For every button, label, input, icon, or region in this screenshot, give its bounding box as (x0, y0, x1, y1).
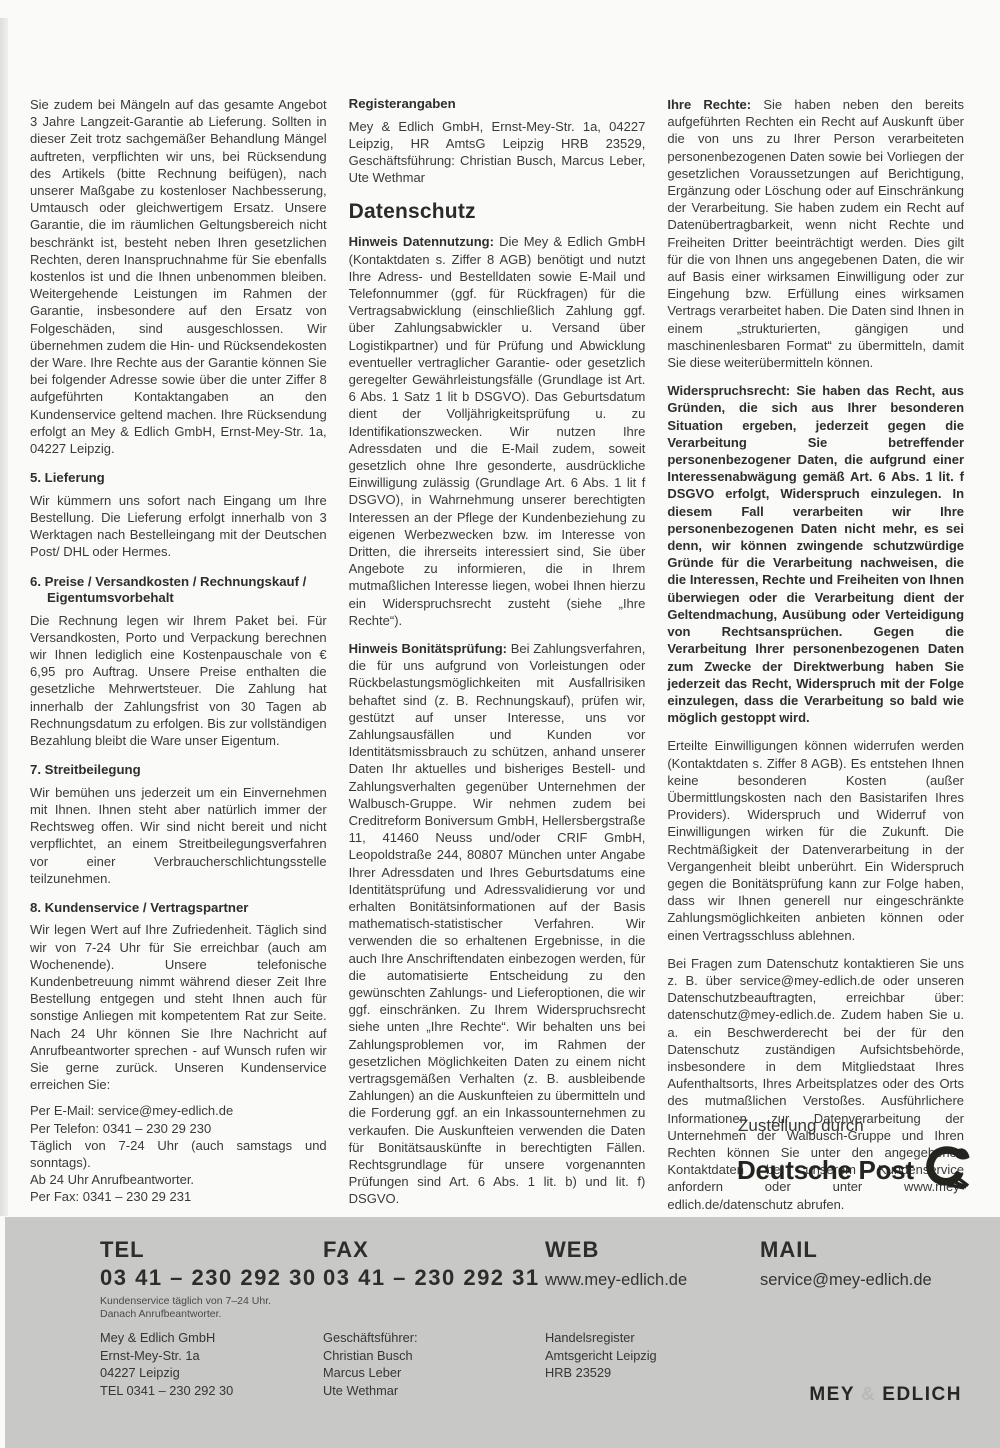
zustellung-block: Zustellung durch Deutsche Post (737, 1116, 977, 1195)
section-8-text: Wir legen Wert auf Ihre Zufriedenheit. T… (30, 921, 327, 1093)
posthorn-icon (924, 1146, 974, 1195)
ihre-rechte-text: Sie haben neben den bereits aufgeführten… (667, 97, 964, 370)
footer-mail-column: MAIL service@mey-edlich.de (760, 1237, 980, 1329)
widerspruchsrecht-text: Sie haben das Recht, aus Gründen, die si… (667, 383, 964, 725)
brand-ampersand: & (855, 1384, 882, 1405)
widerspruchsrecht-paragraph: Widerspruchsrecht: Sie haben das Recht, … (667, 382, 964, 726)
section-6-text: Die Rechnung legen wir Ihrem Paket bei. … (30, 612, 327, 750)
web-url: www.mey-edlich.de (545, 1263, 760, 1297)
brand-mey: MEY (809, 1384, 855, 1405)
section-7-heading: 7. Streitbeilegung (30, 762, 327, 779)
datennutzung-lead: Hinweis Datennutzung: (349, 234, 494, 249)
mail-address: service@mey-edlich.de (760, 1263, 980, 1297)
registerangaben-heading: Registerangaben (349, 96, 646, 113)
registerangaben-text: Mey & Edlich GmbH, Ernst-Mey-Str. 1a, 04… (349, 118, 646, 187)
ihre-rechte-paragraph: Ihre Rechte: Sie haben neben den bereits… (667, 96, 964, 371)
management-block: Geschäftsführer: Christian Busch Marcus … (323, 1329, 545, 1399)
section-5-heading: 5. Lieferung (30, 470, 327, 487)
datennutzung-text: Die Mey & Edlich GmbH (Kontaktdaten s. Z… (349, 234, 646, 627)
deutsche-post-wordmark: Deutsche Post (737, 1155, 914, 1186)
mail-label: MAIL (760, 1237, 980, 1263)
footer-inner: TEL 03 41 – 230 292 30 Kundenservice täg… (100, 1237, 980, 1399)
company-address-block: Mey & Edlich GmbH Ernst-Mey-Str. 1a 0422… (100, 1329, 323, 1399)
footer-contact-row: TEL 03 41 – 230 292 30 Kundenservice täg… (100, 1237, 980, 1329)
garantie-paragraph: Sie zudem bei Mängeln auf das gesamte An… (30, 96, 327, 457)
deutsche-post-logo: Deutsche Post (737, 1146, 977, 1195)
fax-label: FAX (323, 1237, 545, 1263)
kundenservice-contact-lines: Per E-Mail: service@mey-edlich.de Per Te… (30, 1102, 327, 1205)
section-5-text: Wir kümmern uns sofort nach Eingang um I… (30, 492, 327, 561)
agb-document-page: { "col1": { "garantie_text": "Sie zudem … (0, 0, 1000, 1448)
mey-edlich-logo: MEY&EDLICH (809, 1384, 962, 1406)
section-8-heading: 8. Kundenservice / Vertragspartner (30, 900, 327, 917)
ihre-rechte-lead: Ihre Rechte: (667, 97, 751, 112)
column-1: Sie zudem bei Mängeln auf das gesamte An… (30, 96, 327, 1383)
tel-number: 03 41 – 230 292 30 (100, 1263, 323, 1293)
web-label: WEB (545, 1237, 760, 1263)
datenschutz-heading: Datenschutz (349, 200, 646, 224)
column-2: Registerangaben Mey & Edlich GmbH, Ernst… (349, 96, 646, 1383)
register-block: Handelsregister Amtsgericht Leipzig HRB … (545, 1329, 760, 1399)
footer-contact-panel: TEL 03 41 – 230 292 30 Kundenservice täg… (5, 1217, 1000, 1448)
brand-edlich: EDLICH (882, 1384, 962, 1405)
footer-tel-column: TEL 03 41 – 230 292 30 Kundenservice täg… (100, 1237, 323, 1329)
footer-fax-column: FAX 03 41 – 230 292 31 (323, 1237, 545, 1329)
tel-label: TEL (100, 1237, 323, 1263)
bonitaet-lead: Hinweis Bonitätsprüfung: (349, 641, 507, 656)
bonitaet-paragraph: Hinweis Bonitätsprüfung: Bei Zahlungsver… (349, 640, 646, 1208)
bonitaet-text: Bei Zahlungsverfahren, die für uns aufgr… (349, 641, 646, 1207)
fax-number: 03 41 – 230 292 31 (323, 1263, 545, 1293)
section-6-heading: 6. Preise / Versandkosten / Rechnungskau… (30, 574, 327, 607)
section-7-text: Wir bemühen uns jederzeit um ein Einvern… (30, 784, 327, 887)
footer-web-column: WEB www.mey-edlich.de (545, 1237, 760, 1329)
einwilligung-paragraph: Erteilte Einwilligungen können widerrufe… (667, 737, 964, 943)
datennutzung-paragraph: Hinweis Datennutzung: Die Mey & Edlich G… (349, 233, 646, 629)
widerspruchsrecht-lead: Widerspruchsrecht: (667, 383, 790, 398)
tel-note: Kundenservice täglich von 7–24 Uhr. Dana… (100, 1295, 323, 1320)
scan-edge-artifact (0, 18, 8, 1216)
zustellung-label: Zustellung durch (738, 1116, 977, 1136)
